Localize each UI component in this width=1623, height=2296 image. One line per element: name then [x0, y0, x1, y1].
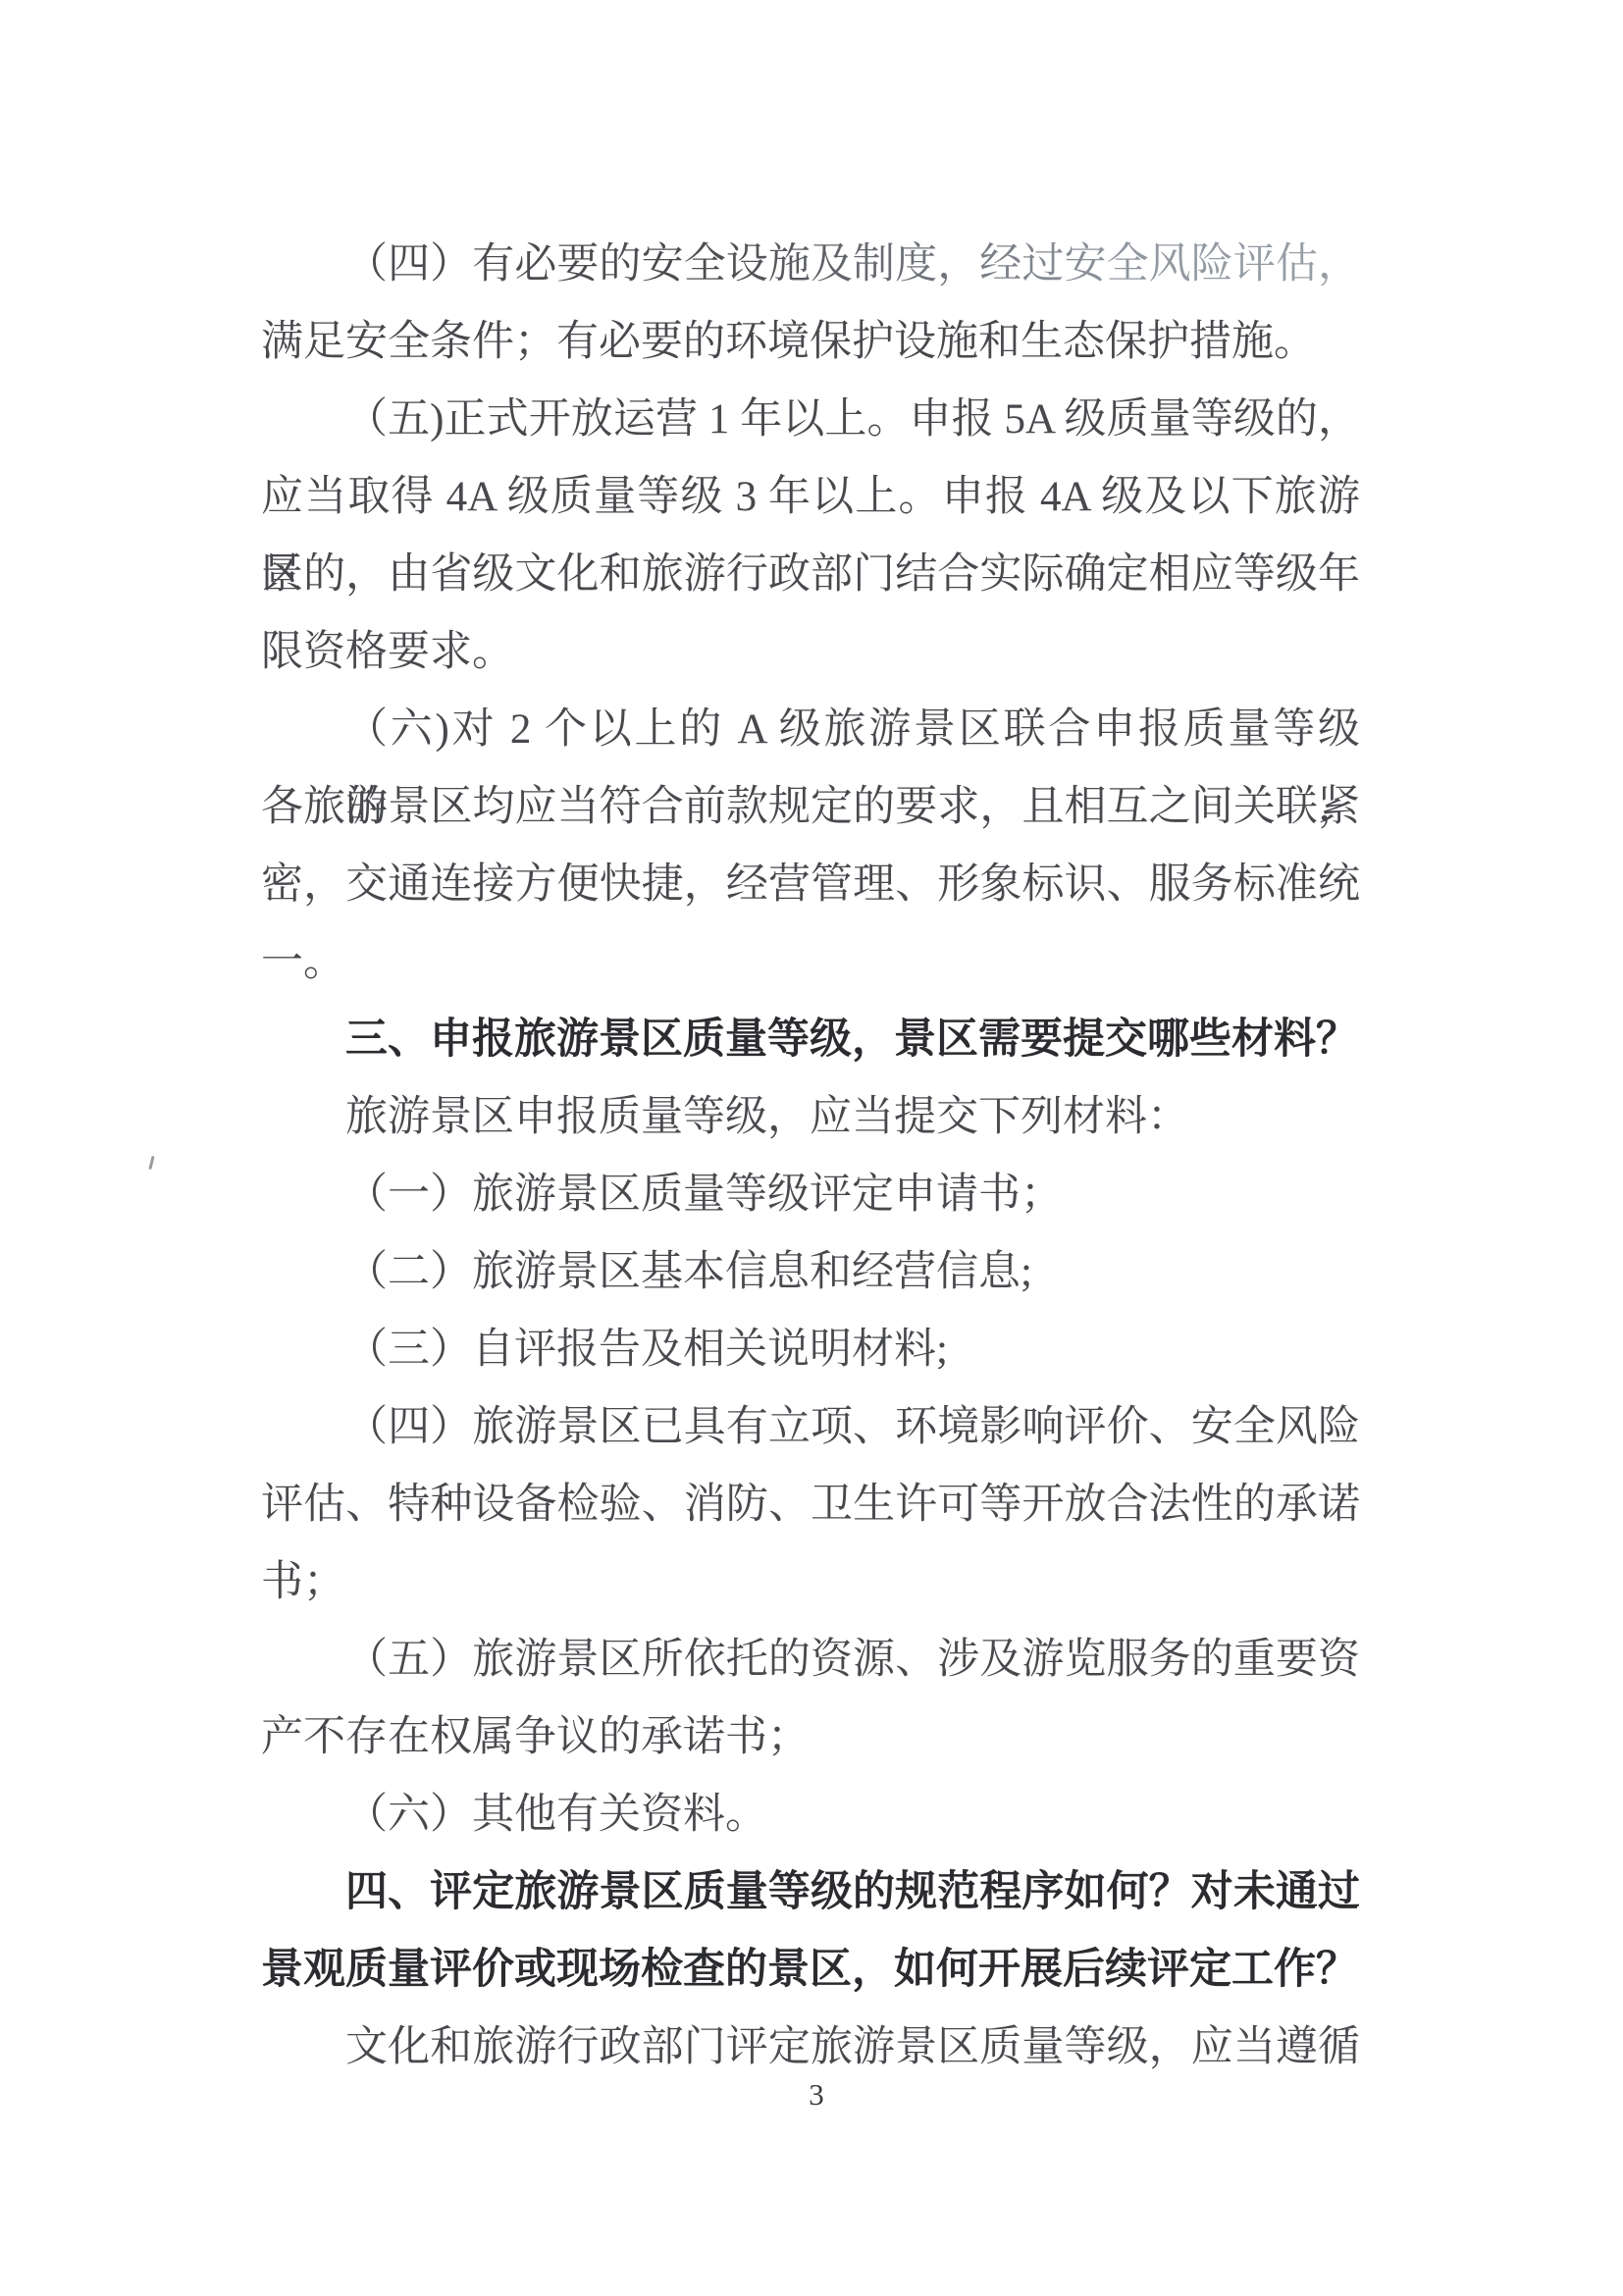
text-line: 各旅游景区均应当符合前款规定的要求，且相互之间关联紧 — [261, 768, 1360, 846]
text-line: 四、评定旅游景区质量等级的规范程序如何？对未通过 — [261, 1853, 1360, 1931]
document-body: （四）有必要的安全设施及制度，经过安全风险评估，满足安全条件；有必要的环境保护设… — [261, 226, 1360, 2086]
text-line: （四）旅游景区已具有立项、环境影响评价、安全风险 — [261, 1388, 1360, 1466]
text-line: （四）有必要的安全设施及制度，经过安全风险评估， — [261, 226, 1360, 303]
text-line: 旅游景区申报质量等级，应当提交下列材料： — [261, 1078, 1360, 1156]
text-line: 产不存在权属争议的承诺书； — [261, 1698, 1360, 1776]
text-line: 书； — [261, 1543, 1360, 1621]
text-line: （二）旅游景区基本信息和经营信息; — [261, 1233, 1360, 1311]
text-line: （六)对 2 个以上的 A 级旅游景区联合申报质量等级的， — [261, 691, 1360, 768]
text-line: 应当取得 4A 级质量等级 3 年以上。申报 4A 级及以下旅游景 — [261, 458, 1360, 536]
document-page: （四）有必要的安全设施及制度，经过安全风险评估，满足安全条件；有必要的环境保护设… — [0, 0, 1623, 2296]
text-line: （六）其他有关资料。 — [261, 1776, 1360, 1853]
text-line: 三、申报旅游景区质量等级，景区需要提交哪些材料？ — [261, 1001, 1360, 1078]
text-line: 文化和旅游行政部门评定旅游景区质量等级，应当遵循 — [261, 2009, 1360, 2086]
text-line: 一。 — [261, 923, 1360, 1001]
scan-artifact-mark — [148, 1156, 154, 1170]
text-line: （五)正式开放运营 1 年以上。申报 5A 级质量等级的， — [261, 381, 1360, 458]
text-line: （三）自评报告及相关说明材料; — [261, 1311, 1360, 1388]
text-line: （一）旅游景区质量等级评定申请书； — [261, 1156, 1360, 1233]
page-number: 3 — [0, 2078, 1623, 2112]
text-line: 评估、特种设备检验、消防、卫生许可等开放合法性的承诺 — [261, 1466, 1360, 1543]
text-line: 区的，由省级文化和旅游行政部门结合实际确定相应等级年 — [261, 536, 1360, 613]
text-line: （五）旅游景区所依托的资源、涉及游览服务的重要资 — [261, 1621, 1360, 1698]
text-line: 景观质量评价或现场检查的景区，如何开展后续评定工作？ — [261, 1931, 1360, 2009]
text-line: 限资格要求。 — [261, 613, 1360, 691]
text-line: 密，交通连接方便快捷，经营管理、形象标识、服务标准统 — [261, 846, 1360, 923]
text-line: 满足安全条件；有必要的环境保护设施和生态保护措施。 — [261, 303, 1360, 381]
